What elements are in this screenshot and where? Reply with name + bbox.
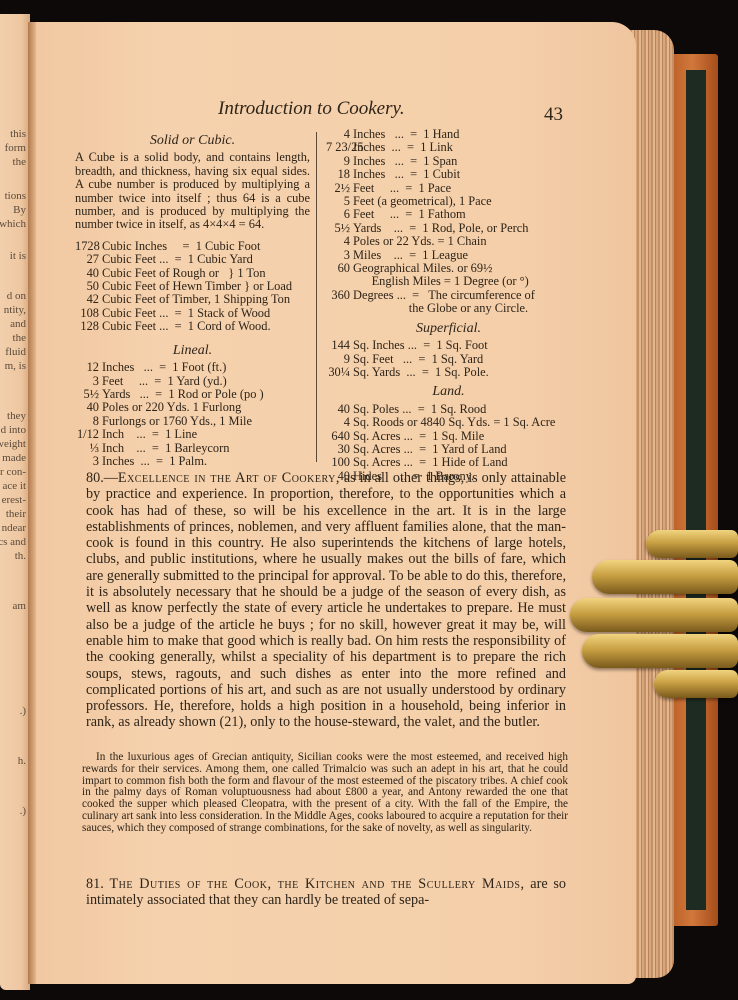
row-quantity: 5½: [75, 388, 102, 401]
row-quantity: ⅓: [75, 442, 102, 455]
table-row: 9Sq. Feet ... = 1 Sq. Yard: [326, 353, 571, 366]
brass-hand-page-holder: [570, 530, 738, 700]
table-row: 2½Feet ... = 1 Pace: [326, 182, 571, 195]
table-row: 5Feet (a geometrical), 1 Pace: [326, 195, 571, 208]
margin-text-fragment: r con-: [0, 466, 26, 478]
row-equivalence: Sq. Acres ... = 1 Yard of Land: [353, 443, 571, 456]
left-page: thisformthetionsBywhichit isd onntity,an…: [0, 14, 30, 990]
row-quantity: 3: [75, 455, 102, 468]
row-quantity: 3: [326, 249, 353, 262]
row-quantity: 18: [326, 168, 353, 181]
margin-text-fragment: am: [13, 600, 26, 612]
row-equivalence: Sq. Acres ... = 1 Sq. Mile: [353, 430, 571, 443]
table-row: 4Sq. Roods or 4840 Sq. Yds. = 1 Sq. Acre: [326, 416, 571, 429]
row-equivalence: Yards ... = 1 Rod, Pole, or Perch: [353, 222, 571, 235]
table-row: 40Cubic Feet of Rough or } 1 Ton: [75, 267, 310, 280]
table-row: 27Cubic Feet ... = 1 Cubic Yard: [75, 253, 310, 266]
row-quantity: 144: [326, 339, 353, 352]
row-equivalence: Inches ... = 1 Cubit: [353, 168, 571, 181]
table-lineal: 12Inches ... = 1 Foot (ft.)3Feet ... = 1…: [75, 361, 310, 468]
page-number: 43: [544, 104, 563, 126]
row-quantity: 30: [326, 443, 353, 456]
row-equivalence: Cubic Feet ... = 1 Stack of Wood: [102, 307, 310, 320]
margin-text-fragment: fluid: [5, 346, 26, 358]
table-row: 30Sq. Acres ... = 1 Yard of Land: [326, 443, 571, 456]
row-equivalence: Cubic Feet of Rough or } 1 Ton: [102, 267, 310, 280]
section-heading-land: Land.: [326, 385, 571, 398]
row-equivalence: Inches ... = 1 Foot (ft.): [102, 361, 310, 374]
row-quantity: 9: [326, 155, 353, 168]
left-column: Solid or Cubic. A Cube is a solid body, …: [75, 128, 310, 468]
table-row: 4Inches ... = 1 Hand: [326, 128, 571, 141]
table-solid-cubic: 1728Cubic Inches = 1 Cubic Foot27Cubic F…: [75, 240, 310, 334]
row-quantity: 27: [75, 253, 102, 266]
row-quantity: [326, 302, 353, 315]
table-row: 128Cubic Feet ... = 1 Cord of Wood.: [75, 320, 310, 333]
row-equivalence: Cubic Feet of Hewn Timber } or Load: [102, 280, 310, 293]
row-equivalence: Cubic Feet of Timber, 1 Shipping Ton: [102, 293, 310, 306]
paragraph-81: 81. The Duties of the Cook, the Kitchen …: [86, 876, 566, 909]
row-quantity: 5½: [326, 222, 353, 235]
table-row: 50Cubic Feet of Hewn Timber } or Load: [75, 280, 310, 293]
row-equivalence: Feet ... = 1 Yard (yd.): [102, 375, 310, 388]
row-quantity: 4: [326, 235, 353, 248]
table-row: 4Poles or 22 Yds. = 1 Chain: [326, 235, 571, 248]
margin-text-fragment: this: [10, 128, 26, 140]
table-row: 42Cubic Feet of Timber, 1 Shipping Ton: [75, 293, 310, 306]
table-row: 6Feet ... = 1 Fathom: [326, 208, 571, 221]
row-equivalence: Inch ... = 1 Barleycorn: [102, 442, 310, 455]
margin-text-fragment: ntity,: [4, 304, 26, 316]
row-equivalence: Miles ... = 1 League: [353, 249, 571, 262]
margin-text-fragment: tions: [5, 190, 26, 202]
margin-text-fragment: cs and: [0, 536, 26, 548]
column-divider: [316, 132, 317, 462]
row-equivalence: Degrees ... = The circumference of: [353, 289, 571, 302]
running-header: Introduction to Cookery.: [218, 98, 405, 120]
table-row: 144Sq. Inches ... = 1 Sq. Foot: [326, 339, 571, 352]
margin-text-fragment: By: [13, 204, 26, 216]
margin-text-fragment: they: [7, 410, 26, 422]
row-equivalence: Furlongs or 1760 Yds., 1 Mile: [102, 415, 310, 428]
margin-text-fragment: the: [13, 332, 26, 344]
row-quantity: 4: [326, 128, 353, 141]
table-lineal-continued: 4Inches ... = 1 Hand7 23/25Inches ... = …: [326, 128, 571, 316]
row-quantity: 100: [326, 456, 353, 469]
table-row: 360Degrees ... = The circumference of: [326, 289, 571, 302]
row-quantity: 3: [75, 375, 102, 388]
row-quantity: 4: [326, 416, 353, 429]
row-quantity: 6: [326, 208, 353, 221]
margin-text-fragment: it is: [10, 250, 26, 262]
row-equivalence: Sq. Feet ... = 1 Sq. Yard: [353, 353, 571, 366]
table-row: 40Poles or 220 Yds. 1 Furlong: [75, 401, 310, 414]
book-cover-inner: [686, 70, 706, 910]
row-equivalence: Sq. Inches ... = 1 Sq. Foot: [353, 339, 571, 352]
margin-text-fragment: ace it: [2, 480, 26, 492]
table-row: 108Cubic Feet ... = 1 Stack of Wood: [75, 307, 310, 320]
row-equivalence: Feet (a geometrical), 1 Pace: [353, 195, 571, 208]
row-quantity: 5: [326, 195, 353, 208]
table-row: ⅓Inch ... = 1 Barleycorn: [75, 442, 310, 455]
table-row: 640Sq. Acres ... = 1 Sq. Mile: [326, 430, 571, 443]
row-equivalence: Feet ... = 1 Fathom: [353, 208, 571, 221]
row-quantity: 60: [326, 262, 353, 275]
cube-definition: A Cube is a solid body, and contains len…: [75, 151, 310, 231]
row-equivalence: Poles or 220 Yds. 1 Furlong: [102, 401, 310, 414]
section-heading-solid-cubic: Solid or Cubic.: [75, 134, 310, 147]
row-quantity: 40: [326, 403, 353, 416]
row-quantity: 40: [75, 267, 102, 280]
table-row: 60Geographical Miles. or 69½: [326, 262, 571, 275]
row-equivalence: Inches ... = 1 Link: [353, 141, 571, 154]
table-row: 3Miles ... = 1 League: [326, 249, 571, 262]
row-equivalence: Poles or 22 Yds. = 1 Chain: [353, 235, 571, 248]
table-row: 1/12Inch ... = 1 Line: [75, 428, 310, 441]
table-row: 1728Cubic Inches = 1 Cubic Foot: [75, 240, 310, 253]
paragraph-body: as in all other things, is only attainab…: [86, 470, 566, 730]
margin-text-fragment: made: [2, 452, 26, 464]
row-quantity: 8: [75, 415, 102, 428]
table-superficial: 144Sq. Inches ... = 1 Sq. Foot9Sq. Feet …: [326, 339, 571, 379]
table-row: 8Furlongs or 1760 Yds., 1 Mile: [75, 415, 310, 428]
margin-text-fragment: .): [20, 805, 26, 817]
table-row: 12Inches ... = 1 Foot (ft.): [75, 361, 310, 374]
paragraph-heading: Excellence in the Art of Cookery,: [118, 470, 340, 486]
row-equivalence: Yards ... = 1 Rod or Pole (po ): [102, 388, 310, 401]
margin-text-fragment: d into: [1, 424, 26, 436]
row-equivalence: Sq. Roods or 4840 Sq. Yds. = 1 Sq. Acre: [353, 416, 571, 429]
row-equivalence: Inches ... = 1 Hand: [353, 128, 571, 141]
row-equivalence: the Globe or any Circle.: [353, 302, 571, 315]
margin-text-fragment: ndear: [2, 522, 26, 534]
row-equivalence: Inch ... = 1 Line: [102, 428, 310, 441]
row-quantity: 30¼: [326, 366, 353, 379]
table-row: 5½Yards ... = 1 Rod or Pole (po ): [75, 388, 310, 401]
margin-text-fragment: form: [5, 142, 26, 154]
row-equivalence: Sq. Acres ... = 1 Hide of Land: [353, 456, 571, 469]
row-equivalence: Inches ... = 1 Palm.: [102, 455, 310, 468]
row-equivalence: Geographical Miles. or 69½: [353, 262, 571, 275]
table-row: 7 23/25Inches ... = 1 Link: [326, 141, 571, 154]
table-row: English Miles = 1 Degree (or °): [326, 275, 571, 288]
row-quantity: 12: [75, 361, 102, 374]
margin-text-fragment: and: [10, 318, 26, 330]
table-row: 30¼Sq. Yards ... = 1 Sq. Pole.: [326, 366, 571, 379]
paragraph-80: 80.—Excellence in the Art of Cookery, as…: [86, 470, 566, 731]
margin-text-fragment: erest-: [2, 494, 26, 506]
row-equivalence: Cubic Feet ... = 1 Cubic Yard: [102, 253, 310, 266]
row-quantity: [326, 275, 353, 288]
table-row: 5½Yards ... = 1 Rod, Pole, or Perch: [326, 222, 571, 235]
margin-text-fragment: d on: [7, 290, 26, 302]
row-quantity: 7 23/25: [326, 141, 353, 154]
margin-text-fragment: h.: [18, 755, 26, 767]
row-quantity: 1728: [75, 240, 102, 253]
row-quantity: 640: [326, 430, 353, 443]
row-equivalence: Sq. Yards ... = 1 Sq. Pole.: [353, 366, 571, 379]
section-heading-lineal: Lineal.: [75, 344, 310, 357]
row-equivalence: Cubic Inches = 1 Cubic Foot: [102, 240, 310, 253]
row-quantity: 42: [75, 293, 102, 306]
paragraph-number: 80.—: [86, 470, 118, 486]
paragraph-heading: The Duties of the Cook, the Kitchen and …: [110, 876, 525, 892]
margin-text-fragment: their: [6, 508, 26, 520]
table-row: 40Sq. Poles ... = 1 Sq. Rood: [326, 403, 571, 416]
paragraph-number: 81.: [86, 876, 104, 892]
row-quantity: 50: [75, 280, 102, 293]
footnote: In the luxurious ages of Grecian antiqui…: [82, 752, 568, 835]
row-equivalence: Feet ... = 1 Pace: [353, 182, 571, 195]
table-row: 9Inches ... = 1 Span: [326, 155, 571, 168]
table-row: 18Inches ... = 1 Cubit: [326, 168, 571, 181]
margin-text-fragment: weight: [0, 438, 26, 450]
row-quantity: 1/12: [75, 428, 102, 441]
row-quantity: 9: [326, 353, 353, 366]
row-quantity: 40: [75, 401, 102, 414]
right-column: 4Inches ... = 1 Hand7 23/25Inches ... = …: [326, 128, 571, 483]
row-quantity: 108: [75, 307, 102, 320]
row-quantity: 2½: [326, 182, 353, 195]
table-row: 100Sq. Acres ... = 1 Hide of Land: [326, 456, 571, 469]
table-row: 3Inches ... = 1 Palm.: [75, 455, 310, 468]
margin-text-fragment: .): [20, 705, 26, 717]
row-quantity: 128: [75, 320, 102, 333]
section-heading-superficial: Superficial.: [326, 322, 571, 335]
row-equivalence: Cubic Feet ... = 1 Cord of Wood.: [102, 320, 310, 333]
table-row: the Globe or any Circle.: [326, 302, 571, 315]
row-equivalence: Sq. Poles ... = 1 Sq. Rood: [353, 403, 571, 416]
margin-text-fragment: the: [13, 156, 26, 168]
margin-text-fragment: m, is: [5, 360, 26, 372]
margin-text-fragment: which: [0, 218, 26, 230]
row-equivalence: Inches ... = 1 Span: [353, 155, 571, 168]
margin-text-fragment: th.: [15, 550, 26, 562]
row-equivalence: English Miles = 1 Degree (or °): [353, 275, 571, 288]
row-quantity: 360: [326, 289, 353, 302]
table-row: 3Feet ... = 1 Yard (yd.): [75, 375, 310, 388]
